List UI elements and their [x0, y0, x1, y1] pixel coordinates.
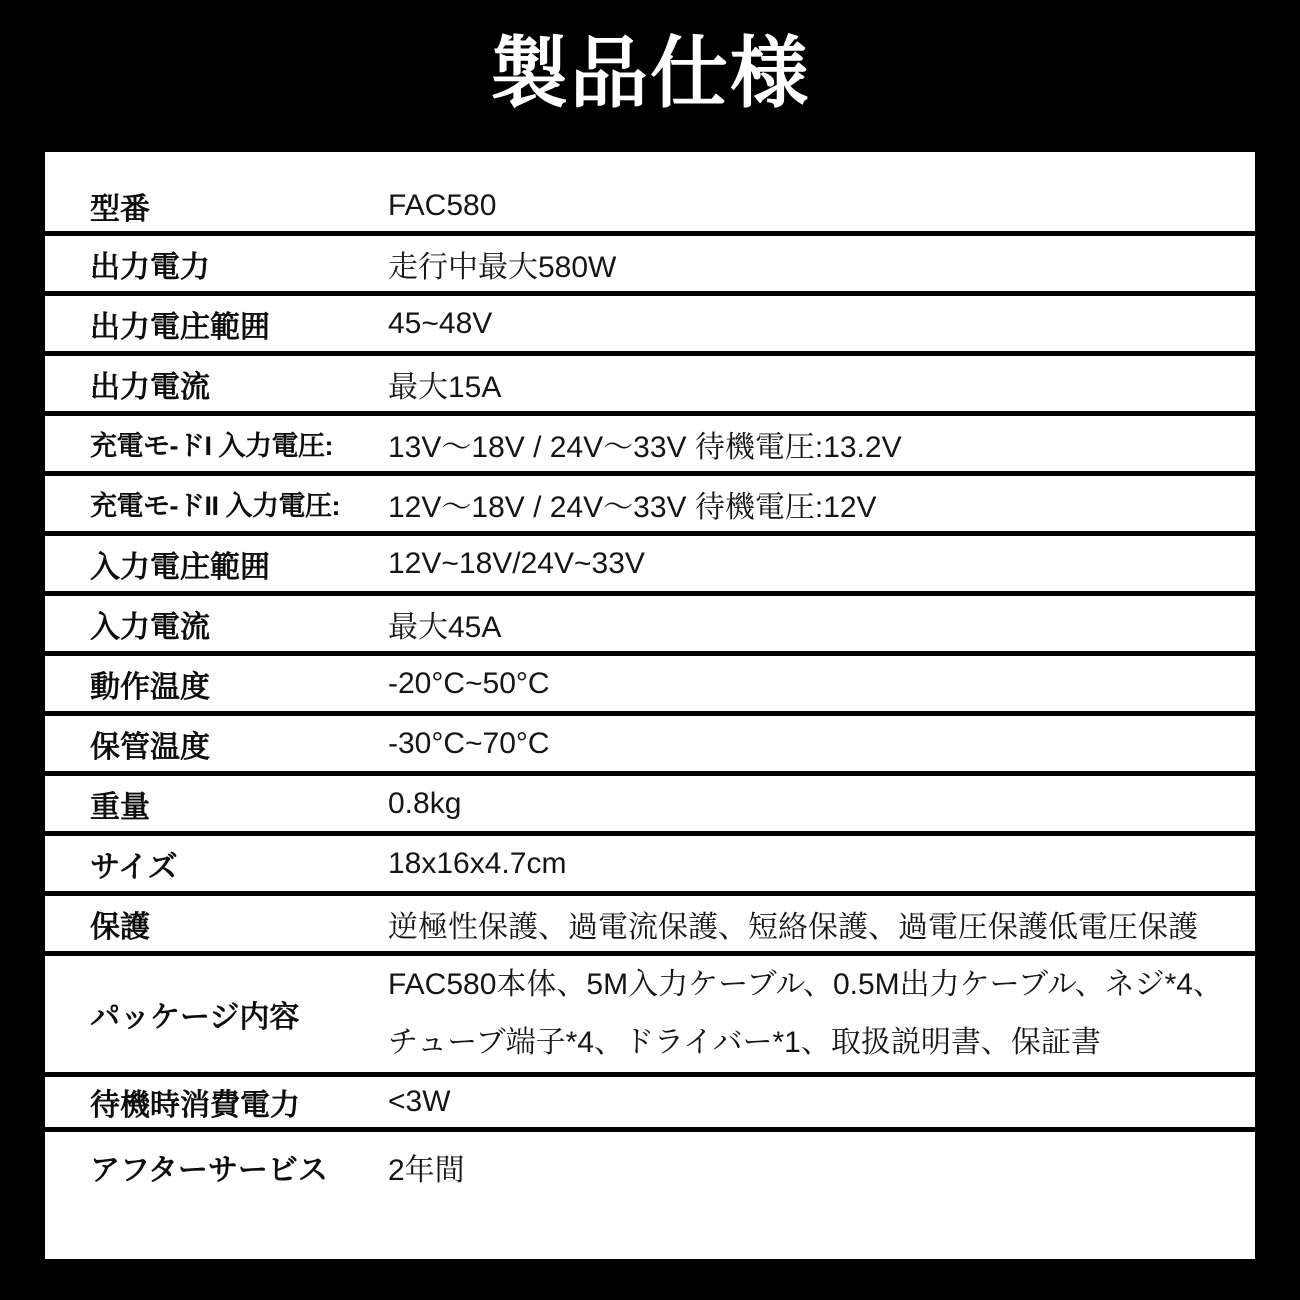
spec-row-input-voltage-range: 入力電庄範囲 12V~18V/24V~33V	[45, 536, 1255, 596]
spec-label: サイズ	[45, 842, 178, 886]
spec-value: 45~48V	[388, 296, 492, 351]
spec-label: 動作温度	[45, 662, 210, 706]
spec-label: パッケージ内容	[45, 992, 299, 1036]
spec-value: 最大45A	[388, 596, 501, 651]
spec-value: 最大15A	[388, 356, 501, 411]
spec-value: 18x16x4.7cm	[388, 836, 566, 891]
spec-row-weight: 重量 0.8kg	[45, 776, 1255, 836]
spec-value: 2年間	[388, 1132, 465, 1202]
spec-row-after-service: アフターサービス 2年間	[45, 1132, 1255, 1259]
spec-label: 型番	[45, 184, 150, 228]
spec-row-model: 型番 FAC580	[45, 152, 1255, 236]
spec-value: <3W	[388, 1077, 451, 1127]
spec-value: 13V～18V / 24V～33V 待機電圧:13.2V	[388, 416, 902, 471]
spec-row-protection: 保護 逆極性保護、過電流保護、短絡保護、過電圧保護低電圧保護	[45, 896, 1255, 956]
spec-row-output-voltage-range: 出力電庄範囲 45~48V	[45, 296, 1255, 356]
spec-label: 入力電庄範囲	[45, 542, 270, 586]
spec-value: 0.8kg	[388, 776, 461, 831]
spec-label: 待機時消費電力	[45, 1080, 300, 1124]
spec-label: 保護	[45, 902, 150, 946]
spec-value: -30°C~70°C	[388, 716, 550, 771]
spec-row-output-power: 出力電力 走行中最大580W	[45, 236, 1255, 296]
spec-value: FAC580本体、5M入力ケーブル、0.5M出力ケーブル、ネジ*4、 チューブ端…	[388, 956, 1223, 1072]
spec-row-output-current: 出力電流 最大15A	[45, 356, 1255, 416]
spec-label: 出力電流	[45, 362, 210, 406]
spec-row-standby-power: 待機時消費電力 <3W	[45, 1077, 1255, 1132]
spec-row-operating-temperature: 動作温度 -20°C~50°C	[45, 656, 1255, 716]
page-title: 製品仕様	[0, 34, 1300, 112]
spec-row-package-contents: パッケージ内容 FAC580本体、5M入力ケーブル、0.5M出力ケーブル、ネジ*…	[45, 956, 1255, 1077]
spec-row-size: サイズ 18x16x4.7cm	[45, 836, 1255, 896]
spec-row-charge-mode2-input-voltage: 充電モ-ドII 入力電圧: 12V～18V / 24V～33V 待機電圧:12V	[45, 476, 1255, 536]
spec-value: 走行中最大580W	[388, 236, 616, 291]
spec-label: 保管温度	[45, 722, 210, 766]
spec-row-input-current: 入力電流 最大45A	[45, 596, 1255, 656]
spec-value: 逆極性保護、過電流保護、短絡保護、過電圧保護低電圧保護	[388, 896, 1198, 951]
spec-value: -20°C~50°C	[388, 656, 550, 711]
spec-label: アフターサービス	[45, 1145, 328, 1189]
spec-row-storage-temperature: 保管温度 -30°C~70°C	[45, 716, 1255, 776]
spec-label: 入力電流	[45, 602, 210, 646]
spec-label: 出力電力	[45, 242, 210, 286]
spec-value: 12V~18V/24V~33V	[388, 536, 645, 591]
spec-row-charge-mode1-input-voltage: 充電モ-ドI 入力電圧: 13V～18V / 24V～33V 待機電圧:13.2…	[45, 416, 1255, 476]
spec-value-line1: FAC580本体、5M入力ケーブル、0.5M出力ケーブル、ネジ*4、	[388, 956, 1223, 1014]
spec-table: 型番 FAC580 出力電力 走行中最大580W 出力電庄範囲 45~48V 出…	[45, 152, 1255, 1259]
spec-label: 出力電庄範囲	[45, 302, 270, 346]
spec-value: FAC580	[388, 180, 496, 231]
spec-label: 重量	[45, 782, 150, 826]
spec-label: 充電モ-ドII 入力電圧:	[45, 484, 340, 523]
spec-value: 12V～18V / 24V～33V 待機電圧:12V	[388, 476, 877, 531]
spec-label: 充電モ-ドI 入力電圧:	[45, 424, 333, 463]
spec-value-line2: チューブ端子*4、ドライバー*1、取扱説明書、保証書	[388, 1014, 1101, 1072]
